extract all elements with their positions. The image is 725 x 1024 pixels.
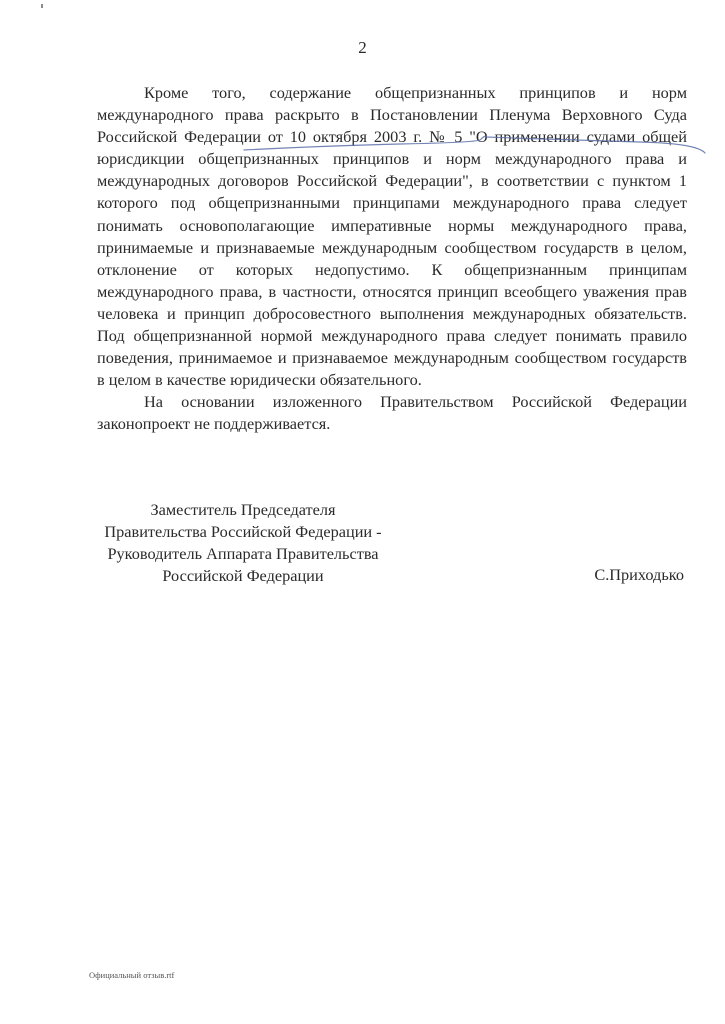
signature-title-line: Российской Федерации — [88, 565, 398, 587]
scan-artifact — [41, 4, 43, 8]
signer-name: С.Приходько — [594, 565, 684, 585]
signature-title-line: Руководитель Аппарата Правительства — [88, 543, 398, 565]
signature-title: Заместитель Председателя Правительства Р… — [88, 499, 398, 587]
signature-title-line: Правительства Российской Федерации - — [88, 521, 398, 543]
paragraph-principles: Кроме того, содержание общепризнанных пр… — [97, 82, 687, 391]
document-body: Кроме того, содержание общепризнанных пр… — [97, 82, 687, 436]
paragraph-conclusion: На основании изложенного Правительством … — [97, 391, 687, 435]
signature-title-line: Заместитель Председателя — [88, 499, 398, 521]
page-number: 2 — [0, 38, 725, 58]
footer-filename: Официальный отзыв.rtf — [89, 970, 174, 980]
